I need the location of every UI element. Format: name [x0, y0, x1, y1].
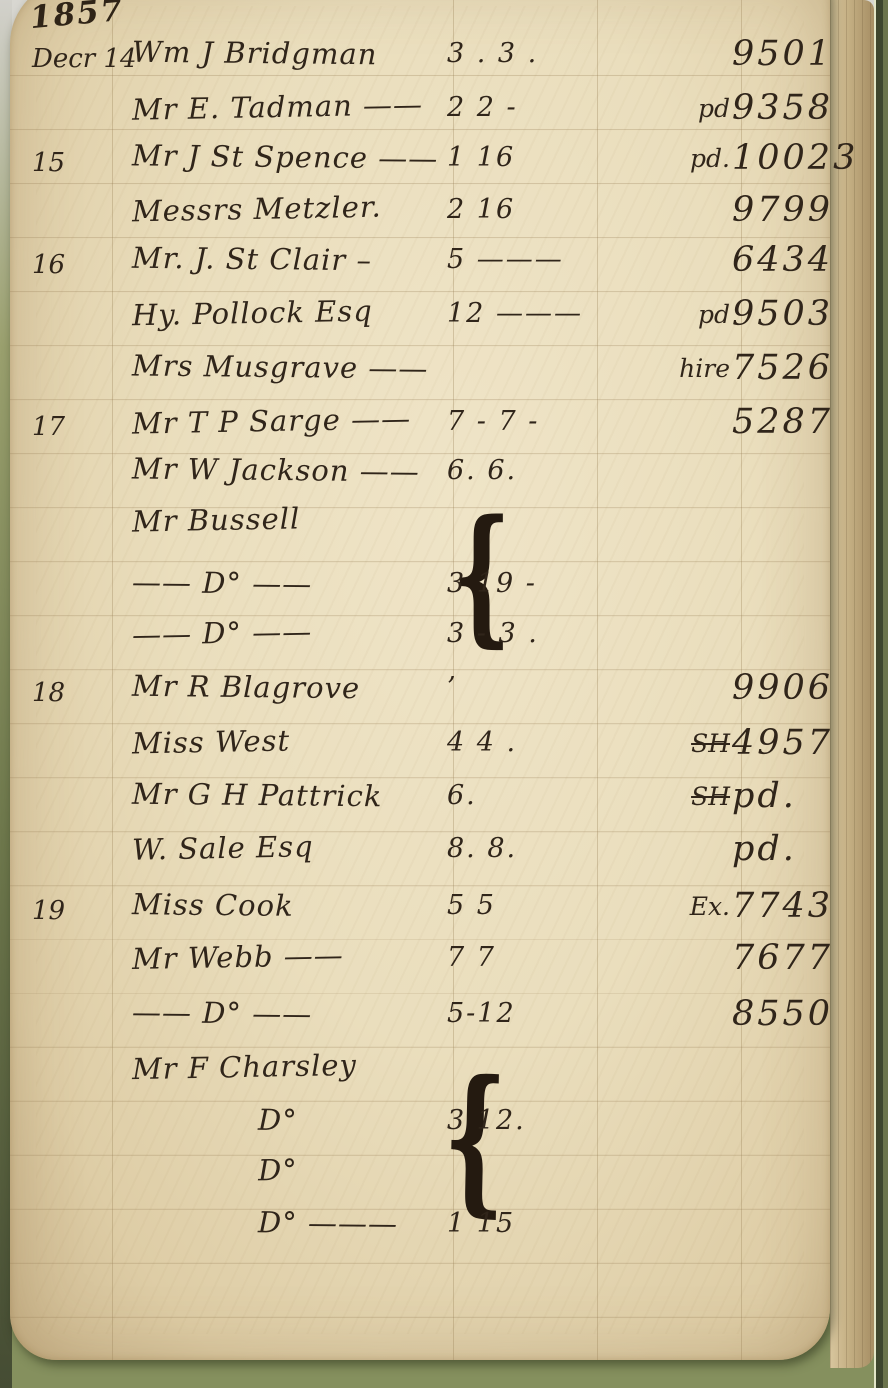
amount-cell: 5 ——— [447, 244, 597, 275]
name-cell: Mr. J. St Clair – [132, 241, 372, 278]
receipt-number-cell: 5287 [732, 402, 832, 442]
name-cell: —— D° —— [132, 565, 313, 601]
table-row: —— D° —— 5-12 8550 [10, 996, 830, 1048]
amount-cell: 4 4 . [447, 727, 597, 758]
note-cell: SH [585, 729, 730, 758]
amount-cell: ’ [447, 672, 597, 703]
amount-cell: 6. [447, 780, 597, 811]
name-cell: Mr Bussell [132, 501, 301, 538]
receipt-number-cell: 9799 [732, 190, 832, 230]
table-row: Messrs Metzler. 2 16 9799 [10, 192, 830, 244]
receipt-number-cell: 9358 [732, 88, 832, 128]
amount-cell: 1 16 [447, 142, 597, 173]
table-row: 19 Miss Cook 5 5 Ex. 7743 [10, 888, 830, 940]
date-cell: 16 [32, 250, 136, 280]
name-cell: Mr W Jackson —— [132, 451, 420, 488]
ledger-page: 1857 { { Decr 14 Wm J Bridgman 3 . 3 . 9… [10, 0, 830, 1360]
table-row: —— D° —— 3 19 - [10, 566, 830, 618]
amount-cell: 2 2 - [447, 92, 597, 123]
table-row: Mr F Charsley [10, 1050, 830, 1102]
book-page-edges [830, 0, 874, 1368]
receipt-number-cell: 4957 [732, 723, 832, 763]
amount-cell: 2 16 [447, 194, 597, 225]
amount-cell: 8. 8. [447, 833, 597, 864]
name-cell: D° [258, 1103, 298, 1137]
table-row: D° ——— 1 15 [10, 1206, 830, 1258]
receipt-number-cell: pd. [732, 776, 832, 816]
amount-cell: 7 - 7 - [447, 406, 597, 437]
name-cell: D° [258, 1153, 298, 1188]
table-row: Hy. Pollock Esq 12 ——— pd 9503 [10, 296, 830, 348]
receipt-number-cell: 8550 [732, 994, 832, 1034]
name-cell: Hy. Pollock Esq [132, 294, 373, 333]
name-cell: Mr E. Tadman —— [132, 87, 424, 127]
receipt-number-cell: 9501 [732, 34, 832, 74]
table-row: Mrs Musgrave —— hire 7526 [10, 350, 830, 402]
receipt-number-cell: 10023 [732, 138, 832, 178]
name-cell: W. Sale Esq [132, 829, 314, 866]
receipt-number-cell: pd. [732, 829, 832, 869]
table-row: 16 Mr. J. St Clair – 5 ——— 6434 [10, 242, 830, 294]
table-row: —— D° —— 3 - 3 . [10, 616, 830, 668]
table-row: D° 3 12. [10, 1103, 830, 1155]
amount-cell: 3 - 3 . [447, 618, 597, 649]
name-cell: Mrs Musgrave —— [132, 348, 429, 385]
receipt-number-cell: 9503 [732, 294, 832, 334]
date-cell: 15 [32, 148, 136, 178]
table-row: 15 Mr J St Spence —— 1 16 pd. 10023 [10, 140, 830, 192]
table-row: Mr G H Pattrick 6. SH pd. [10, 778, 830, 830]
date-cell: 18 [32, 678, 136, 708]
name-cell: Mr Webb —— [132, 938, 344, 976]
name-cell: Mr G H Pattrick [132, 777, 383, 814]
table-row: Mr Bussell [10, 503, 830, 555]
name-cell: Messrs Metzler. [132, 190, 382, 229]
table-row: D° [10, 1153, 830, 1205]
table-row: Miss West 4 4 . SH 4957 [10, 725, 830, 777]
receipt-number-cell: 7677 [732, 938, 832, 978]
name-cell: Wm J Bridgman [132, 35, 378, 72]
name-cell: Mr F Charsley [132, 1048, 357, 1086]
note-cell: pd [585, 94, 730, 123]
note-cell: hire [585, 354, 730, 383]
note-cell: pd. [585, 144, 730, 173]
amount-cell: 6. 6. [447, 455, 597, 486]
table-row: Decr 14 Wm J Bridgman 3 . 3 . 9501 [10, 36, 830, 88]
amount-cell: 3 . 3 . [447, 38, 597, 69]
amount-cell: 7 7 [447, 942, 597, 973]
amount-cell: 3 12. [447, 1105, 597, 1136]
date-cell: Decr 14 [32, 44, 136, 74]
receipt-number-cell: 7743 [732, 886, 832, 926]
table-row: Mr W Jackson —— 6. 6. [10, 453, 830, 505]
receipt-number-cell: 7526 [732, 348, 832, 388]
receipt-number-cell: 9906 [732, 668, 832, 708]
note-cell: SH [585, 782, 730, 811]
table-row: 18 Mr R Blagrove ’ 9906 [10, 670, 830, 722]
amount-cell: 12 ——— [447, 298, 597, 329]
book-cover-right-edge [874, 0, 888, 1388]
table-row: Mr Webb —— 7 7 7677 [10, 940, 830, 992]
name-cell: Mr T P Sarge —— [132, 401, 412, 440]
table-row: W. Sale Esq 8. 8. pd. [10, 831, 830, 883]
note-cell: Ex. [585, 892, 730, 921]
name-cell: —— D° —— [132, 995, 313, 1031]
name-cell: Miss Cook [132, 887, 294, 923]
table-row: Mr E. Tadman —— 2 2 - pd 9358 [10, 90, 830, 142]
name-cell: Mr J St Spence —— [132, 138, 439, 175]
note-cell: pd [585, 300, 730, 329]
amount-cell: 1 15 [447, 1208, 597, 1239]
name-cell: Mr R Blagrove [132, 669, 360, 705]
name-cell: Miss West [132, 723, 291, 760]
date-cell: 19 [32, 896, 136, 926]
receipt-number-cell: 6434 [732, 240, 832, 280]
scanned-ledger-photo: 1857 { { Decr 14 Wm J Bridgman 3 . 3 . 9… [0, 0, 888, 1388]
amount-cell: 5 5 [447, 890, 597, 921]
amount-cell: 5-12 [447, 998, 597, 1029]
date-cell: 17 [32, 412, 136, 442]
amount-cell: 3 19 - [447, 568, 597, 599]
name-cell: D° ——— [258, 1205, 398, 1240]
name-cell: —— D° —— [132, 614, 313, 651]
table-row: 17 Mr T P Sarge —— 7 - 7 - 5287 [10, 404, 830, 456]
